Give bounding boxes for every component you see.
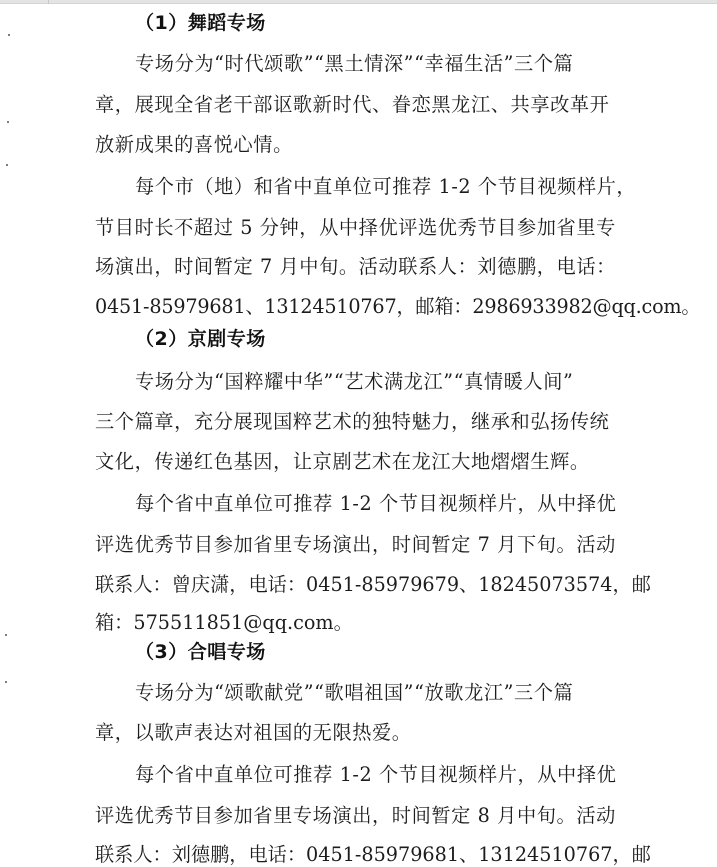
paragraph-line: 放新成果的喜悦心情。: [95, 133, 293, 157]
paragraph-line: 每个省中直单位可推荐 1-2 个节目视频样片，从中择优: [135, 492, 616, 516]
paragraph-line: 专场分为“颂歌献党”“歌唱祖国”“放歌龙江”三个篇: [135, 681, 573, 705]
section-heading: （3）合唱专场: [135, 640, 266, 664]
contact-line: 箱：575511851@qq.com。: [95, 611, 353, 635]
paragraph-line: 三个篇章，充分展现国粹艺术的独特魅力，继承和弘扬传统: [95, 410, 609, 434]
paragraph-line: 文化，传递红色基因，让京剧艺术在龙江大地熠熠生辉。: [95, 450, 590, 474]
paragraph-line: 章，以歌声表达对祖国的无限热爱。: [95, 721, 412, 745]
paragraph-line: 评选优秀节目参加省里专场演出，时间暂定 8 月中旬。活动: [95, 804, 616, 828]
margin-dot: [5, 634, 7, 636]
section-heading: （1）舞蹈专场: [135, 11, 266, 35]
page-top-tick: [48, 0, 49, 4]
paragraph-line: 专场分为“国粹耀中华”“艺术满龙江”“真情暖人间”: [135, 370, 573, 394]
margin-dot: [7, 121, 9, 123]
section-heading: （2）京剧专场: [135, 327, 266, 351]
paragraph-line: 每个省中直单位可推荐 1-2 个节目视频样片，从中择优: [135, 763, 616, 787]
margin-dot: [6, 164, 8, 166]
paragraph-line: 场演出，时间暂定 7 月中旬。活动联系人：刘德鹏，电话：: [95, 255, 616, 279]
paragraph-line: 专场分为“时代颂歌”“黑土情深”“幸福生活”三个篇: [135, 52, 573, 76]
paragraph-line: 每个市（地）和省中直单位可推荐 1-2 个节目视频样片，: [135, 175, 636, 199]
paragraph-line: 章，展现全省老干部讴歌新时代、眷恋黑龙江、共享改革开: [95, 93, 609, 117]
paragraph-line: 节目时长不超过 5 分钟，从中择优评选优秀节目参加省里专: [95, 216, 616, 240]
page-top-border: [0, 0, 717, 4]
contact-line: 联系人：曾庆潇，电话：0451-85979679、18245073574，邮: [95, 573, 651, 597]
paragraph-line: 评选优秀节目参加省里专场演出，时间暂定 7 月下旬。活动: [95, 533, 616, 557]
margin-dot: [8, 34, 10, 36]
margin-dot: [5, 681, 7, 683]
contact-line: 联系人：刘德鹏，电话：0451-85979681、13124510767，邮: [95, 843, 651, 867]
contact-line: 0451-85979681、13124510767，邮箱：2986933982@…: [95, 295, 700, 319]
